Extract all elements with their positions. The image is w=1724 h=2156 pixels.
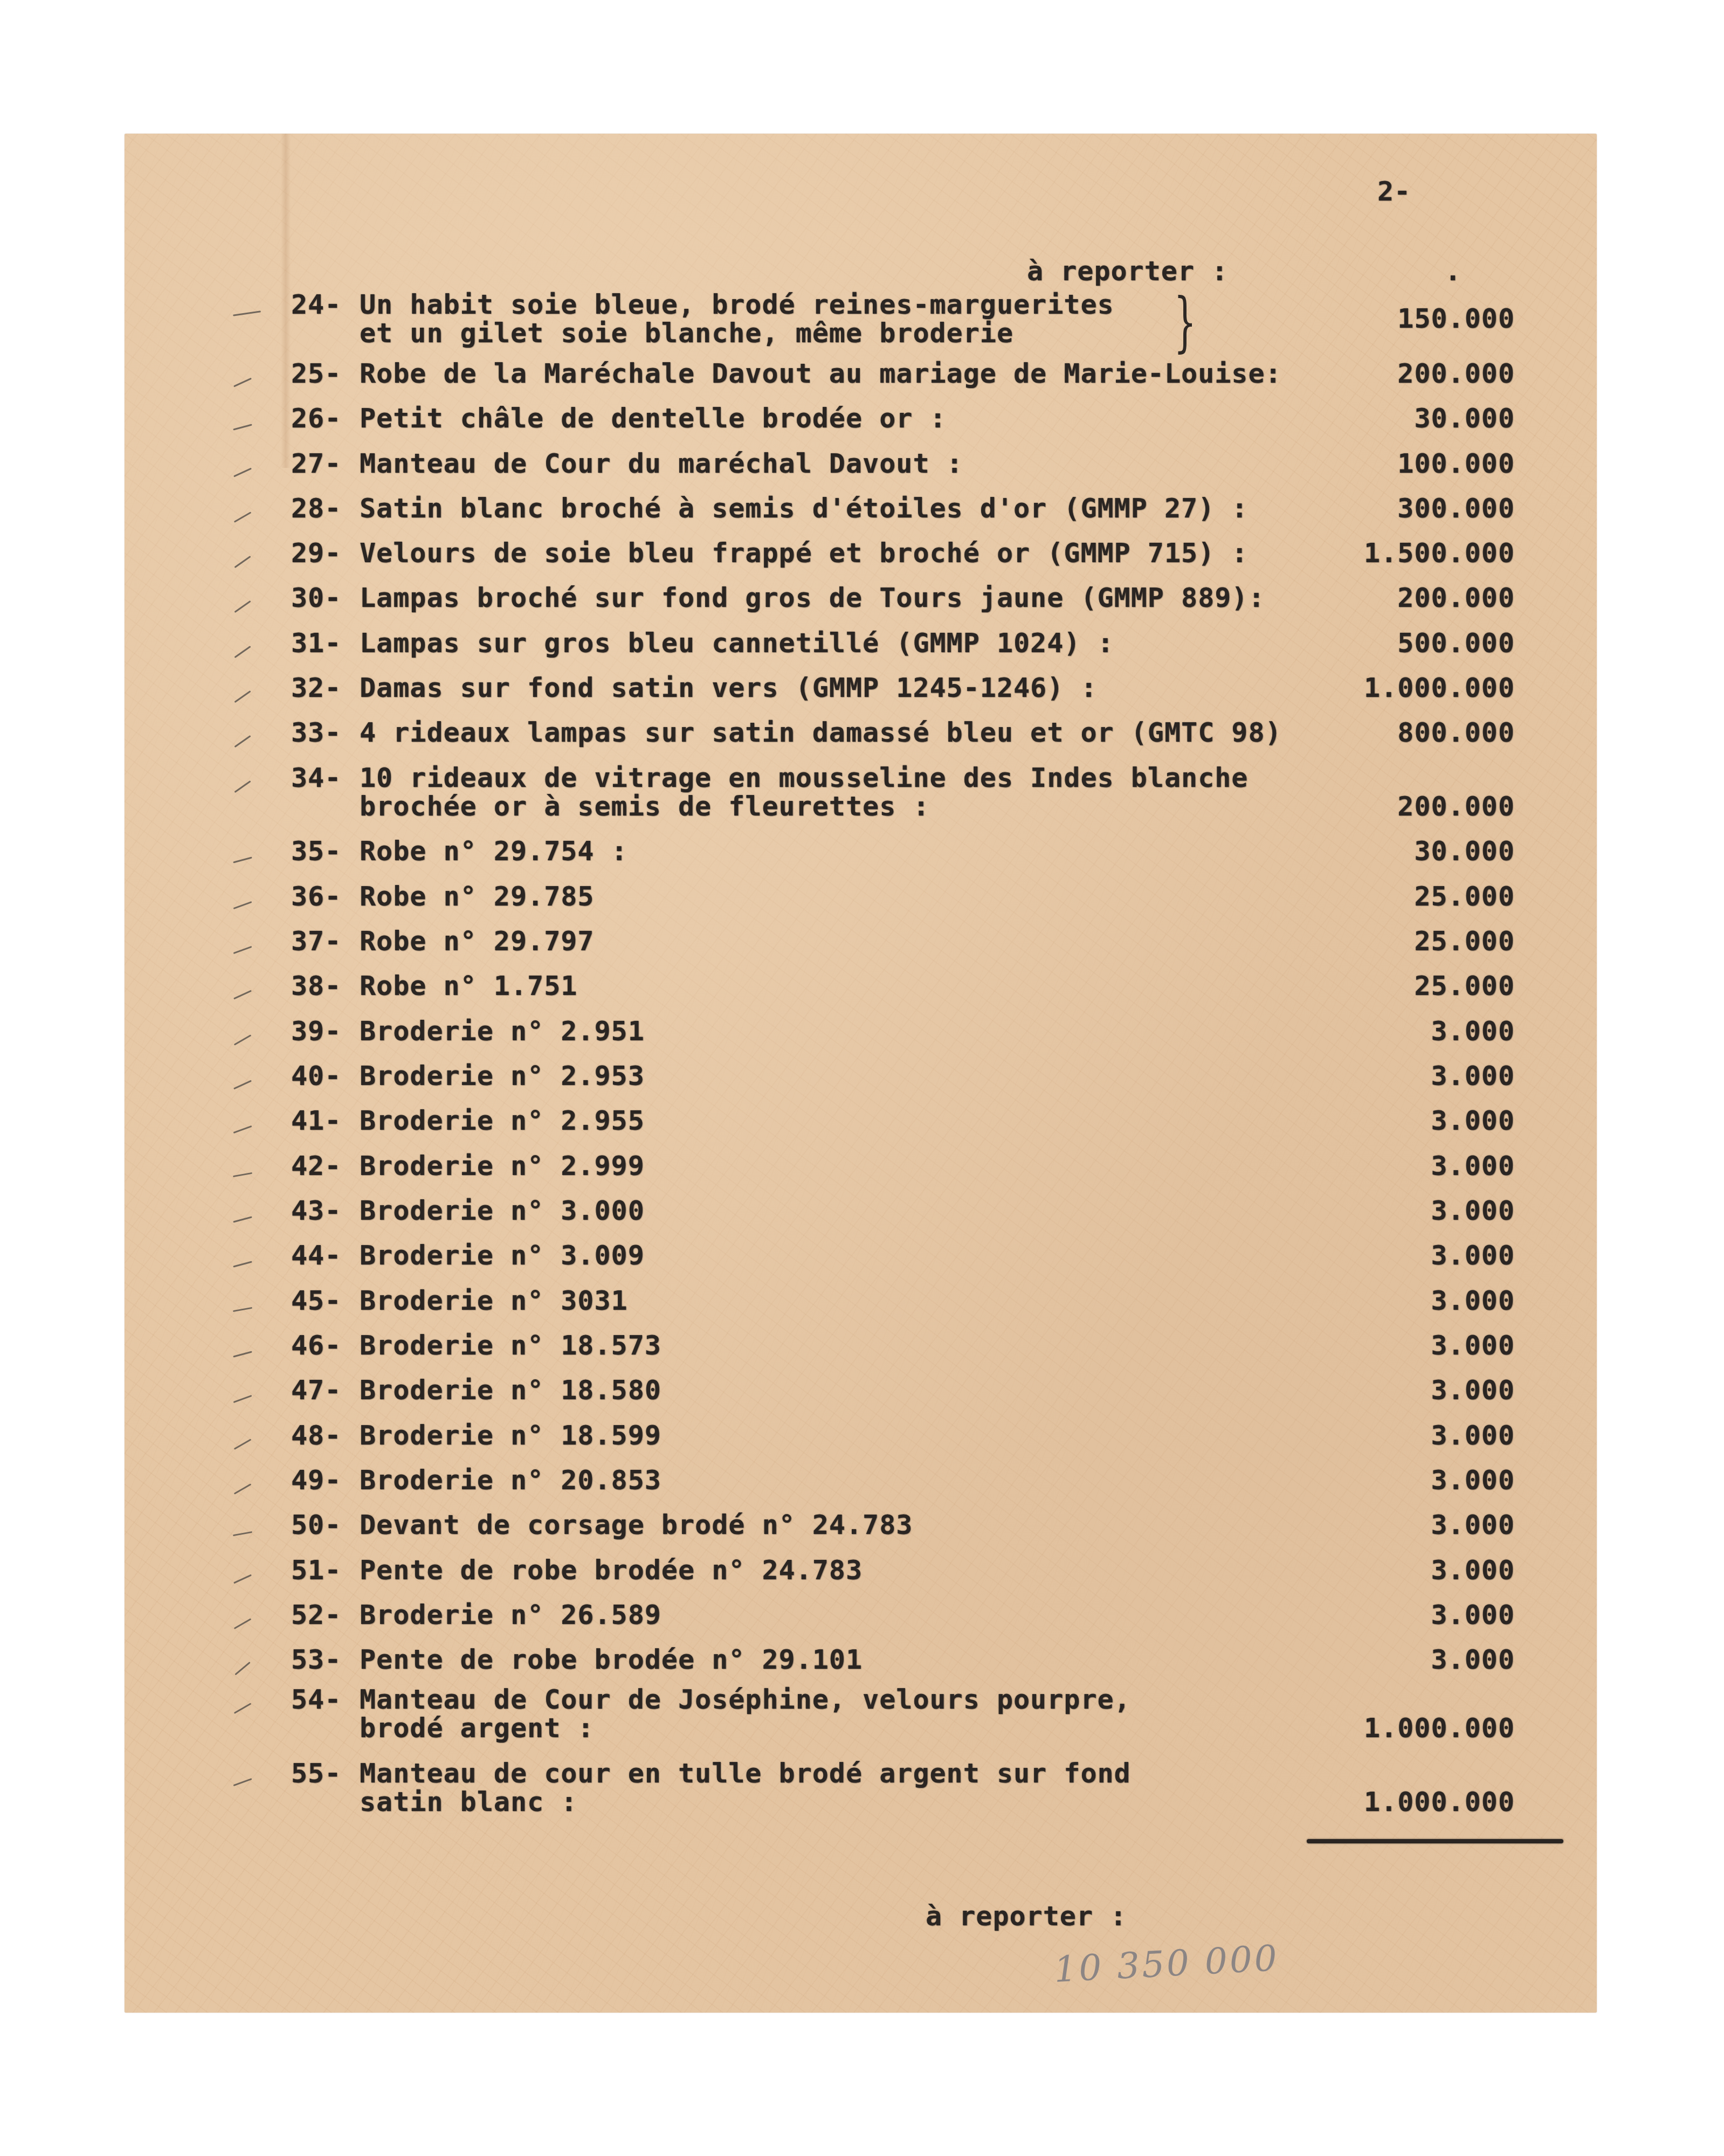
item-description: Broderie n° 2.951 (360, 1018, 645, 1045)
item-amount: 1.000.000 (1364, 1715, 1515, 1742)
item-number: 39- (291, 1018, 341, 1045)
item-amount: 3.000 (1431, 1601, 1515, 1628)
item-amount: 25.000 (1414, 883, 1515, 910)
item-amount: 3.000 (1431, 1332, 1515, 1359)
item-number: 42- (291, 1152, 341, 1179)
item-amount: 3.000 (1431, 1646, 1515, 1673)
item-number: 51- (291, 1557, 341, 1584)
item-description: Broderie n° 2.953 (360, 1062, 645, 1089)
item-number: 49- (291, 1467, 341, 1494)
item-number: 55- (291, 1760, 341, 1787)
item-number: 53- (291, 1646, 341, 1673)
item-amount: 200.000 (1397, 360, 1515, 387)
item-description: Broderie n° 3031 (360, 1287, 628, 1314)
item-number: 54- (291, 1686, 341, 1713)
item-description: Broderie n° 26.589 (360, 1601, 661, 1628)
item-amount: 300.000 (1397, 495, 1515, 522)
item-description: Devant de corsage brodé n° 24.783 (360, 1511, 913, 1538)
item-description: Robe n° 29.785 (360, 883, 594, 910)
item-amount: 25.000 (1414, 972, 1515, 999)
item-description: Manteau de Cour du maréchal Davout : (360, 450, 963, 477)
item-description: Lampas sur gros bleu cannetillé (GMMP 10… (360, 630, 1114, 657)
item-description: Robe de la Maréchale Davout au mariage d… (360, 360, 1282, 387)
item-amount: 3.000 (1431, 1287, 1515, 1314)
brace-mark: } (1174, 290, 1196, 355)
item-amount: 3.000 (1431, 1557, 1515, 1584)
item-amount: 100.000 (1397, 450, 1515, 477)
item-number: 35- (291, 838, 341, 865)
item-number: 44- (291, 1242, 341, 1269)
item-number: 33- (291, 719, 341, 746)
item-amount: 3.000 (1431, 1062, 1515, 1089)
item-number: 40- (291, 1062, 341, 1089)
item-number: 50- (291, 1511, 341, 1538)
item-number: 34- (291, 764, 341, 791)
item-number: 31- (291, 630, 341, 657)
item-description: satin blanc : (360, 1788, 577, 1815)
item-description: Petit châle de dentelle brodée or : (360, 405, 947, 432)
item-amount: 200.000 (1397, 584, 1515, 611)
item-amount: 1.000.000 (1364, 1788, 1515, 1815)
item-number: 30- (291, 584, 341, 611)
item-description: Broderie n° 18.580 (360, 1377, 661, 1404)
item-number: 37- (291, 928, 341, 955)
item-description: Broderie n° 3.009 (360, 1242, 645, 1269)
item-description: Pente de robe brodée n° 29.101 (360, 1646, 863, 1673)
item-amount: 25.000 (1414, 928, 1515, 955)
header-carry-forward-label: à reporter : (1027, 258, 1228, 285)
item-amount: 3.000 (1431, 1467, 1515, 1494)
item-description: 10 rideaux de vitrage en mousseline des … (360, 764, 1248, 791)
item-description: Manteau de cour en tulle brodé argent su… (360, 1760, 1131, 1787)
item-number: 26- (291, 405, 341, 432)
item-number: 45- (291, 1287, 341, 1314)
item-description: Velours de soie bleu frappé et broché or… (360, 540, 1248, 566)
item-amount: 500.000 (1397, 630, 1515, 657)
item-amount: 3.000 (1431, 1152, 1515, 1179)
item-description: Damas sur fond satin vers (GMMP 1245-124… (360, 674, 1098, 701)
item-description: Un habit soie bleue, brodé reines-margue… (360, 291, 1114, 318)
item-description: Robe n° 1.751 (360, 972, 577, 999)
item-amount: 3.000 (1431, 1377, 1515, 1404)
item-description: Broderie n° 2.955 (360, 1107, 645, 1134)
item-number: 47- (291, 1377, 341, 1404)
item-number: 48- (291, 1422, 341, 1449)
item-amount: 30.000 (1414, 838, 1515, 865)
item-number: 27- (291, 450, 341, 477)
item-description: et un gilet soie blanche, même broderie (360, 320, 1013, 347)
item-number: 38- (291, 972, 341, 999)
item-number: 36- (291, 883, 341, 910)
item-amount: 200.000 (1397, 793, 1515, 820)
item-amount: 3.000 (1431, 1242, 1515, 1269)
item-description: Manteau de Cour de Joséphine, velours po… (360, 1686, 1131, 1713)
item-description: Broderie n° 18.573 (360, 1332, 661, 1359)
item-number: 46- (291, 1332, 341, 1359)
item-amount: 3.000 (1431, 1422, 1515, 1449)
header-carry-forward-value: . (1445, 258, 1461, 285)
item-number: 41- (291, 1107, 341, 1134)
item-number: 32- (291, 674, 341, 701)
item-description: 4 rideaux lampas sur satin damassé bleu … (360, 719, 1282, 746)
paper-fold-crease (281, 134, 291, 468)
item-amount: 3.000 (1431, 1107, 1515, 1134)
item-amount: 30.000 (1414, 405, 1515, 432)
item-description: brochée or à semis de fleurettes : (360, 793, 930, 820)
item-description: Robe n° 29.797 (360, 928, 594, 955)
total-underline (1307, 1839, 1563, 1843)
item-description: Broderie n° 20.853 (360, 1467, 661, 1494)
item-description: Pente de robe brodée n° 24.783 (360, 1557, 863, 1584)
item-description: Satin blanc broché à semis d'étoiles d'o… (360, 495, 1248, 522)
item-amount: 3.000 (1431, 1511, 1515, 1538)
page-number: 2- (1377, 178, 1411, 205)
item-amount: 150.000 (1397, 305, 1515, 332)
footer-carry-forward-label: à reporter : (926, 1903, 1127, 1930)
item-description: Broderie n° 3.000 (360, 1197, 645, 1224)
item-description: Broderie n° 18.599 (360, 1422, 661, 1449)
item-number: 43- (291, 1197, 341, 1224)
item-description: Robe n° 29.754 : (360, 838, 628, 865)
item-number: 24- (291, 291, 341, 318)
item-description: Broderie n° 2.999 (360, 1152, 645, 1179)
item-number: 25- (291, 360, 341, 387)
item-description: brodé argent : (360, 1715, 594, 1742)
item-number: 29- (291, 540, 341, 566)
item-amount: 800.000 (1397, 719, 1515, 746)
item-description: Lampas broché sur fond gros de Tours jau… (360, 584, 1265, 611)
item-amount: 3.000 (1431, 1018, 1515, 1045)
item-amount: 1.000.000 (1364, 674, 1515, 701)
item-amount: 1.500.000 (1364, 540, 1515, 566)
item-amount: 3.000 (1431, 1197, 1515, 1224)
item-number: 52- (291, 1601, 341, 1628)
item-number: 28- (291, 495, 341, 522)
